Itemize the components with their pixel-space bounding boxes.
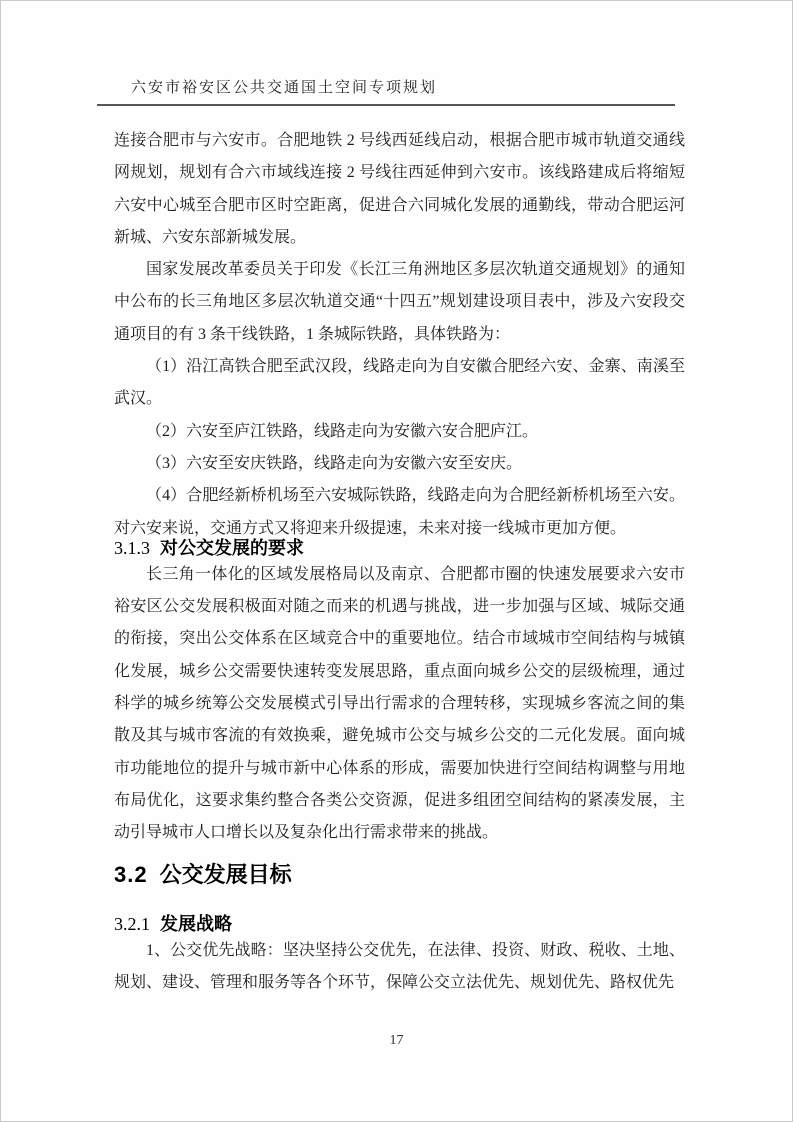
- railway-item-1: （1）沿江高铁合肥至武汉段，线路走向为自安徽合肥经六安、金寨、南溪至武汉。: [114, 351, 685, 416]
- heading-text: 发展战略: [160, 914, 232, 934]
- heading-3-2: 3.2公交发展目标: [114, 860, 685, 890]
- page-footer: 17: [1, 1031, 792, 1049]
- paragraph-ndrc-notice: 国家发展改革委员关于印发《长江三角洲地区多层次轨道交通规划》的通知中公布的长三角…: [114, 254, 685, 351]
- heading-3-2-1: 3.2.1发展战略: [114, 913, 685, 935]
- heading-number: 3.1.3: [114, 538, 150, 558]
- page-number: 17: [390, 1033, 404, 1048]
- document-page: 六安市裕安区公共交通国土空间专项规划 连接合肥市与六安市。合肥地铁 2 号线西延…: [0, 0, 793, 1122]
- paragraph-priority-strategy: 1、公交优先战略：坚决坚持公交优先，在法律、投资、财政、税收、土地、规划、建设、…: [114, 935, 685, 1000]
- paragraph-transit-requirements: 长三角一体化的区域发展格局以及南京、合肥都市圈的快速发展要求六安市裕安区公交发展…: [114, 559, 685, 850]
- heading-number: 3.2.1: [114, 914, 150, 934]
- railway-item-3: （3）六安至安庆铁路，线路走向为安徽六安至安庆。: [114, 448, 685, 480]
- railway-item-4: （4）合肥经新桥机场至六安城际铁路，线路走向为合肥经新桥机场至六安。对六安来说，…: [114, 480, 685, 545]
- header-rule: [97, 104, 675, 106]
- heading-text: 对公交发展的要求: [160, 538, 304, 558]
- heading-text: 公交发展目标: [160, 862, 292, 887]
- page-header: 六安市裕安区公共交通国土空间专项规划: [97, 78, 675, 106]
- header-title: 六安市裕安区公共交通国土空间专项规划: [97, 78, 675, 98]
- heading-number: 3.2: [114, 862, 148, 887]
- paragraph-metro-intro: 连接合肥市与六安市。合肥地铁 2 号线西延线启动，根据合肥市城市轨道交通线网规划…: [114, 125, 685, 254]
- document-body: 连接合肥市与六安市。合肥地铁 2 号线西延线启动，根据合肥市城市轨道交通线网规划…: [114, 125, 685, 999]
- railway-item-2: （2）六安至庐江铁路，线路走向为安徽六安合肥庐江。: [114, 416, 685, 448]
